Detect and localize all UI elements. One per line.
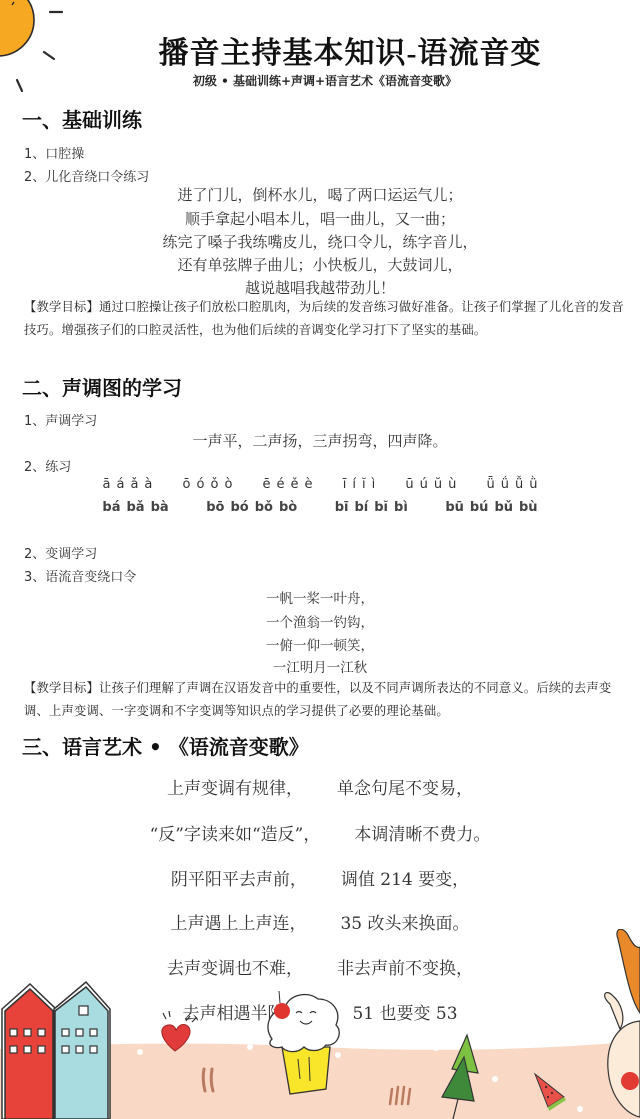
tone-rhyme: 一声平，二声扬，三声拐弯，四声降。 <box>0 430 640 451</box>
poem-line: 一江明月一江秋 <box>0 656 640 676</box>
teaching-goal-paragraph: 【教学目标】通过口腔操让孩子们放松口腔肌肉，为后续的发音练习做好准备。让孩子们掌… <box>24 296 624 342</box>
list-item-tone-learning: 1、声调学习 <box>24 410 97 429</box>
tongue-twister-line: 顺手拿起小唱本儿，唱一曲儿，又一曲； <box>0 208 640 229</box>
tongue-twister-line: 进了门儿，倒杯水儿，喝了两口运运气儿； <box>0 184 640 205</box>
syllable-group-bi: bībíbĭbì <box>332 500 411 515</box>
tongue-twister-line: 还有单弦牌子曲儿；小快板儿，大鼓词儿， <box>0 254 640 275</box>
vowel-group-e: ēéěè <box>260 477 316 492</box>
vowel-group-v: ǖǘǚǜ <box>483 477 540 492</box>
syllable-group-ba: bábǎbà <box>99 500 171 515</box>
list-item-tone-sandhi: 2、变调学习 <box>24 543 97 562</box>
song-line: 阴平阳平去声前，调值 214 要变， <box>0 865 640 890</box>
vowel-group-u: ūúŭù <box>402 477 459 492</box>
section-heading-language-art: 三、语言艺术 • 《语流音变歌》 <box>22 731 309 760</box>
bottom-decoration-scene <box>0 929 640 1119</box>
song-line: “反”字读来如“造反”，本调清晰不费力。 <box>0 820 640 845</box>
syllable-group-bu: būbúbǔbù <box>442 500 540 515</box>
page-subtitle: 初级 • 基础训练+声调+语言艺术《语流音变歌》 <box>160 72 490 89</box>
list-item-sandhi-tongue-twister: 3、语流音变绕口令 <box>24 566 136 585</box>
vowel-tones-row: āáǎà ōóǒò ēéěè īíĭì ūúŭù ǖǘǚǜ <box>0 477 640 492</box>
poem-line: 一帆一桨一叶舟， <box>0 587 640 607</box>
list-item-practice: 2、练习 <box>24 456 71 475</box>
poem-line: 一个渔翁一钓钩， <box>0 611 640 631</box>
vowel-group-a: āáǎà <box>100 477 156 492</box>
poem-line: 一俯一仰一顿笑， <box>0 634 640 654</box>
syllable-tones-row: bábǎbà bōbóbǒbò bībíbĭbì būbúbǔbù <box>0 500 640 515</box>
song-line: 上声变调有规律，单念句尾不变易， <box>0 774 640 799</box>
page-title: 播音主持基本知识-语流音变 <box>140 28 560 72</box>
list-item-oral-exercise: 1、口腔操 <box>24 143 84 162</box>
tongue-twister-line: 越说越唱我越带劲儿！ <box>0 277 640 298</box>
houses-icon <box>2 982 110 1119</box>
vowel-group-o: ōóǒò <box>180 477 236 492</box>
syllable-group-bo: bōbóbǒbò <box>203 500 300 515</box>
sun-illustration <box>0 0 80 100</box>
tongue-twister-line: 练完了嗓子我练嘴皮儿，绕口令儿，练字音儿， <box>0 231 640 252</box>
section-heading-basic-training: 一、基础训练 <box>22 104 142 133</box>
vowel-group-i: īíĭì <box>340 477 379 492</box>
list-item-erhua-tongue-twister: 2、儿化音绕口令练习 <box>24 166 149 185</box>
section-heading-tone-chart: 二、声调图的学习 <box>22 372 182 401</box>
teaching-goal-paragraph: 【教学目标】让孩子们理解了声调在汉语发音中的重要性，以及不同声调所表达的不同意义… <box>24 677 624 723</box>
